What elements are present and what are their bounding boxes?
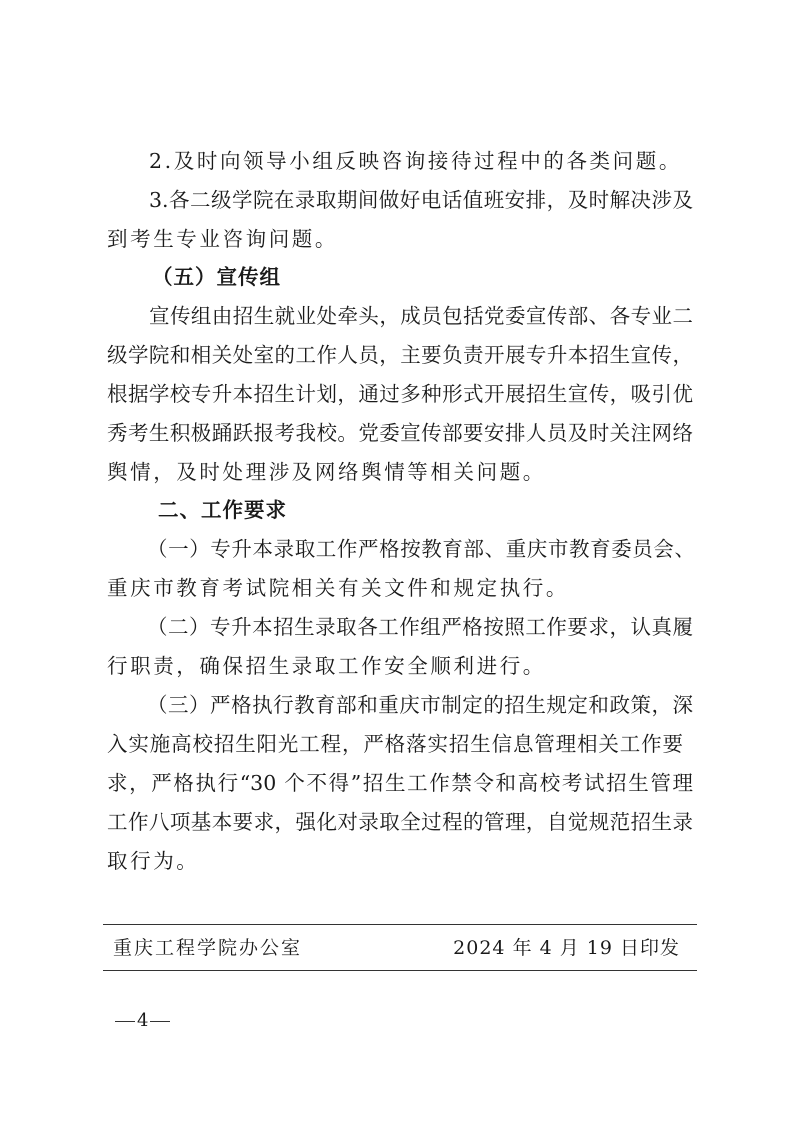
- paragraph-line: 2.及时向领导小组反映咨询接待过程中的各类问题。: [149, 146, 739, 176]
- page-number-dash: [115, 1021, 135, 1022]
- issue-date: 2024 年 4 月 19 日印发: [453, 933, 680, 963]
- paragraph-line: 3.各二级学院在录取期间做好电话值班安排，及时解决涉及: [149, 185, 693, 215]
- section-heading-publicity-group: （五）宣传组: [152, 262, 742, 292]
- paragraph-line: 工作八项基本要求，强化对录取全过程的管理，自觉规范招生录: [107, 807, 693, 837]
- paragraph-line: 根据学校专升本招生计划，通过多种形式开展招生宣传，吸引优: [107, 379, 693, 409]
- paragraph-line: 宣传组由招生就业处牵头，成员包括党委宣传部、各专业二: [149, 301, 693, 331]
- issuer-name: 重庆工程学院办公室: [113, 933, 302, 963]
- paragraph-line: 重庆市教育考试院相关有关文件和规定执行。: [107, 573, 697, 603]
- paragraph-line: （一）专升本录取工作严格按教育部、重庆市教育委员会、: [147, 534, 695, 564]
- paragraph-line: （二）专升本招生录取各工作组严格按照工作要求，认真履: [147, 612, 693, 642]
- footer-top-rule: [103, 924, 697, 925]
- paragraph-line: 取行为。: [107, 846, 697, 876]
- footer-bottom-rule: [103, 970, 697, 971]
- paragraph-line: 求，严格执行“30 个不得”招生工作禁令和高校考试招生管理: [107, 768, 693, 798]
- section-heading-work-requirements: 二、工作要求: [158, 495, 748, 525]
- paragraph-line: （三）严格执行教育部和重庆市制定的招生规定和政策，深: [147, 690, 693, 720]
- page-number-value: 4: [135, 1010, 150, 1032]
- page-number: 4: [115, 1010, 170, 1032]
- document-page: 2.及时向领导小组反映咨询接待过程中的各类问题。 3.各二级学院在录取期间做好电…: [0, 0, 794, 1122]
- paragraph-line: 秀考生积极踊跃报考我校。党委宣传部要安排人员及时关注网络: [107, 418, 693, 448]
- paragraph-line: 行职责，确保招生录取工作安全顺利进行。: [107, 651, 697, 681]
- paragraph-line: 到考生专业咨询问题。: [107, 224, 697, 254]
- page-number-dash: [150, 1021, 170, 1022]
- paragraph-line: 舆情，及时处理涉及网络舆情等相关问题。: [107, 457, 697, 487]
- paragraph-line: 入实施高校招生阳光工程，严格落实招生信息管理相关工作要: [107, 729, 683, 759]
- paragraph-line: 级学院和相关处室的工作人员，主要负责开展专升本招生宣传，: [107, 340, 693, 370]
